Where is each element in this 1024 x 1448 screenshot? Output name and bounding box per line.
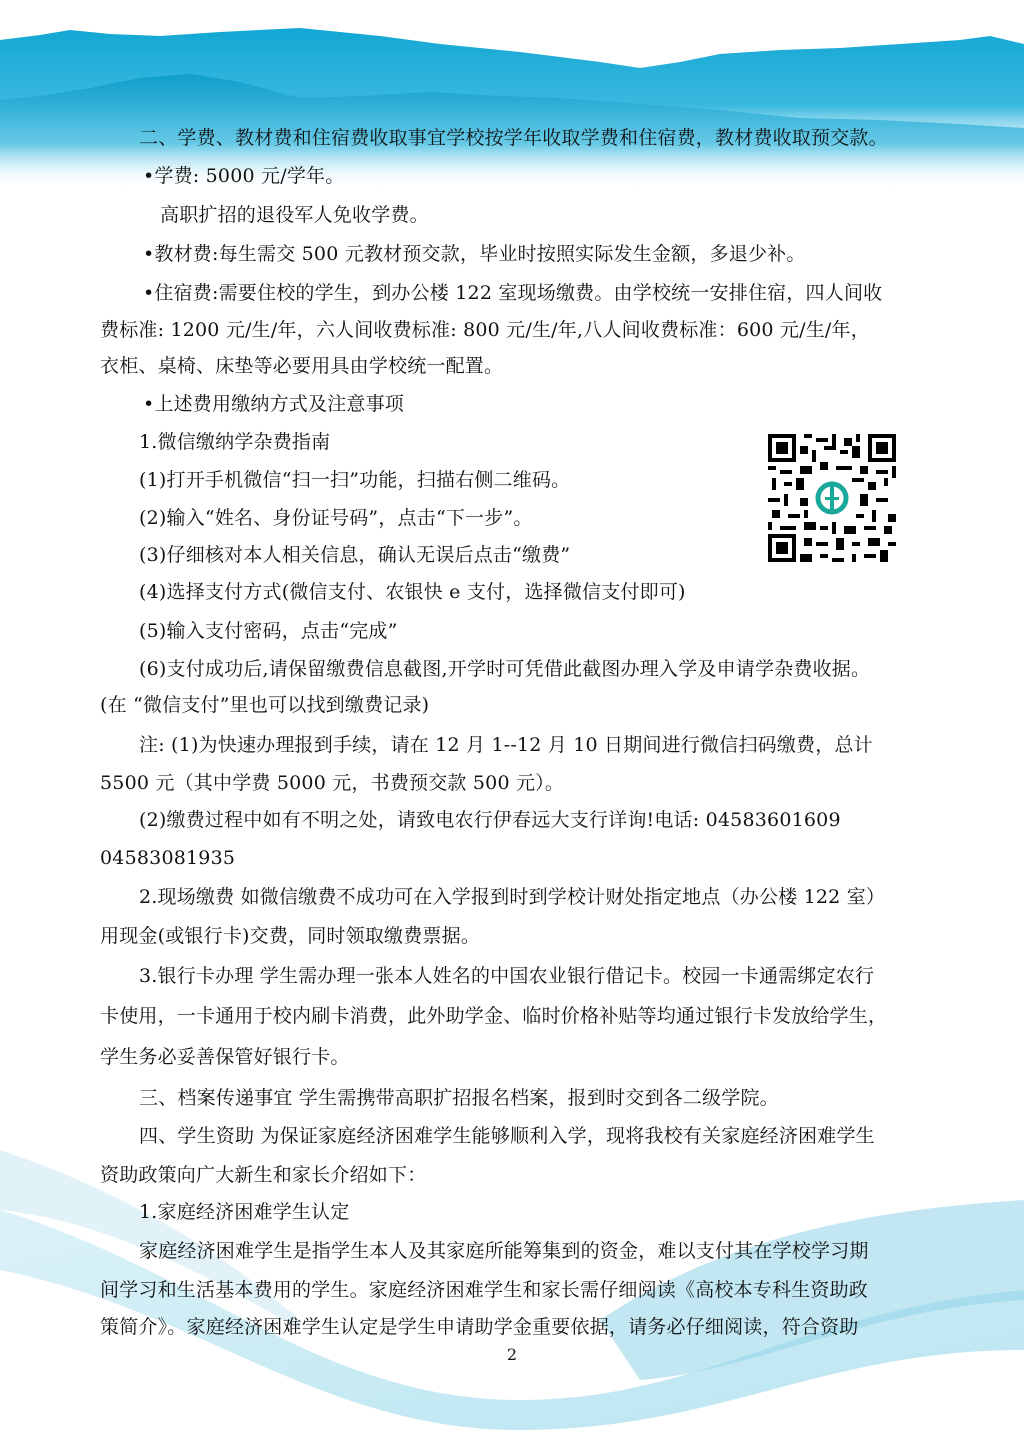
onsite-payment-line-2: 用现金(或银行卡)交费，同时领取缴费票据。 — [100, 924, 480, 948]
note-1-line-2: 5500 元（其中学费 5000 元，书费预交款 500 元）。 — [100, 771, 564, 795]
subsection-1-line-1: 家庭经济困难学生是指学生本人及其家庭所能筹集到的资金，难以支付其在学校学习期 — [139, 1239, 869, 1263]
document-page: 二、学费、教材费和住宿费收取事宜学校按学年收取学费和住宿费，教材费收取预交款。 … — [0, 0, 1024, 1448]
subsection-1-line-3: 策简介》。家庭经济困难学生认定是学生申请助学金重要依据，请务必仔细阅读，符合资助 — [100, 1315, 859, 1339]
subsection-1-line-2: 间学习和生活基本费用的学生。家庭经济困难学生和家长需仔细阅读《高校本专科生资助政 — [100, 1278, 868, 1302]
wechat-step-4: (4)选择支付方式(微信支付、农银快 e 支付，选择微信支付即可) — [139, 580, 686, 604]
note-1-line-1: 注: (1)为快速办理报到手续，请在 12 月 1--12 月 10 日期间进行… — [139, 733, 873, 757]
dorm-fee-line-2: 费标准: 1200 元/生/年，六人间收费标准: 800 元/生/年,八人间收费… — [100, 318, 870, 342]
wechat-guide-title: 1.微信缴纳学杂费指南 — [139, 430, 330, 454]
wechat-step-5: (5)输入支付密码，点击“完成” — [139, 619, 398, 643]
section-4-line-1: 四、学生资助 为保证家庭经济困难学生能够顺利入学，现将我校有关家庭经济困难学生 — [139, 1124, 875, 1148]
bank-card-line-3: 学生务必妥善保管好银行卡。 — [100, 1045, 350, 1069]
payment-methods-heading: •上述费用缴纳方式及注意事项 — [143, 392, 404, 416]
wechat-step-3: (3)仔细核对本人相关信息，确认无误后点击“缴费” — [139, 543, 570, 567]
section-3: 三、档案传递事宜 学生需携带高职扩招报名档案，报到时交到各二级学院。 — [139, 1086, 779, 1110]
onsite-payment-line-1: 2.现场缴费 如微信缴费不成功可在入学报到时到学校计财处指定地点（办公楼 122… — [139, 885, 885, 909]
note-2-line-2: 04583081935 — [100, 846, 235, 870]
wechat-step-6: (6)支付成功后,请保留缴费信息截图,开学时可凭借此截图办理入学及申请学杂费收据… — [139, 657, 870, 681]
dorm-fee-line-1: •住宿费:需要住校的学生，到办公楼 122 室现场缴费。由学校统一安排住宿，四人… — [143, 281, 882, 305]
wechat-step-6-continued: (在 “微信支付”里也可以找到缴费记录) — [100, 693, 429, 717]
bank-logo-icon — [814, 480, 850, 516]
section-2-title: 二、学费、教材费和住宿费收取事宜学校按学年收取学费和住宿费，教材费收取预交款。 — [139, 126, 888, 150]
subsection-1-title: 1.家庭经济困难学生认定 — [139, 1200, 350, 1224]
tuition-exemption-note: 高职扩招的退役军人免收学费。 — [160, 203, 429, 227]
dorm-fee-line-3: 衣柜、桌椅、床垫等必要用具由学校统一配置。 — [100, 354, 503, 378]
tuition-fee: •学费: 5000 元/学年。 — [143, 164, 344, 188]
section-4-line-2: 资助政策向广大新生和家长介绍如下： — [100, 1163, 426, 1187]
textbook-fee: •教材费:每生需交 500 元教材预交款，毕业时按照实际发生金额，多退少补。 — [143, 242, 806, 266]
wechat-step-1: (1)打开手机微信“扫一扫”功能，扫描右侧二维码。 — [139, 468, 570, 492]
wechat-step-2: (2)输入“姓名、身份证号码”，点击“下一步”。 — [139, 506, 533, 530]
note-2-line-1: (2)缴费过程中如有不明之处，请致电农行伊春远大支行详询!电话: 0458360… — [139, 808, 841, 832]
page-number: 2 — [0, 1345, 1024, 1364]
bank-card-line-2: 卡使用，一卡通用于校内刷卡消费，此外助学金、临时价格补贴等均通过银行卡发放给学生… — [100, 1004, 887, 1028]
bank-card-line-1: 3.银行卡办理 学生需办理一张本人姓名的中国农业银行借记卡。校园一卡通需绑定农行 — [139, 964, 874, 988]
payment-qr-code — [764, 430, 900, 566]
